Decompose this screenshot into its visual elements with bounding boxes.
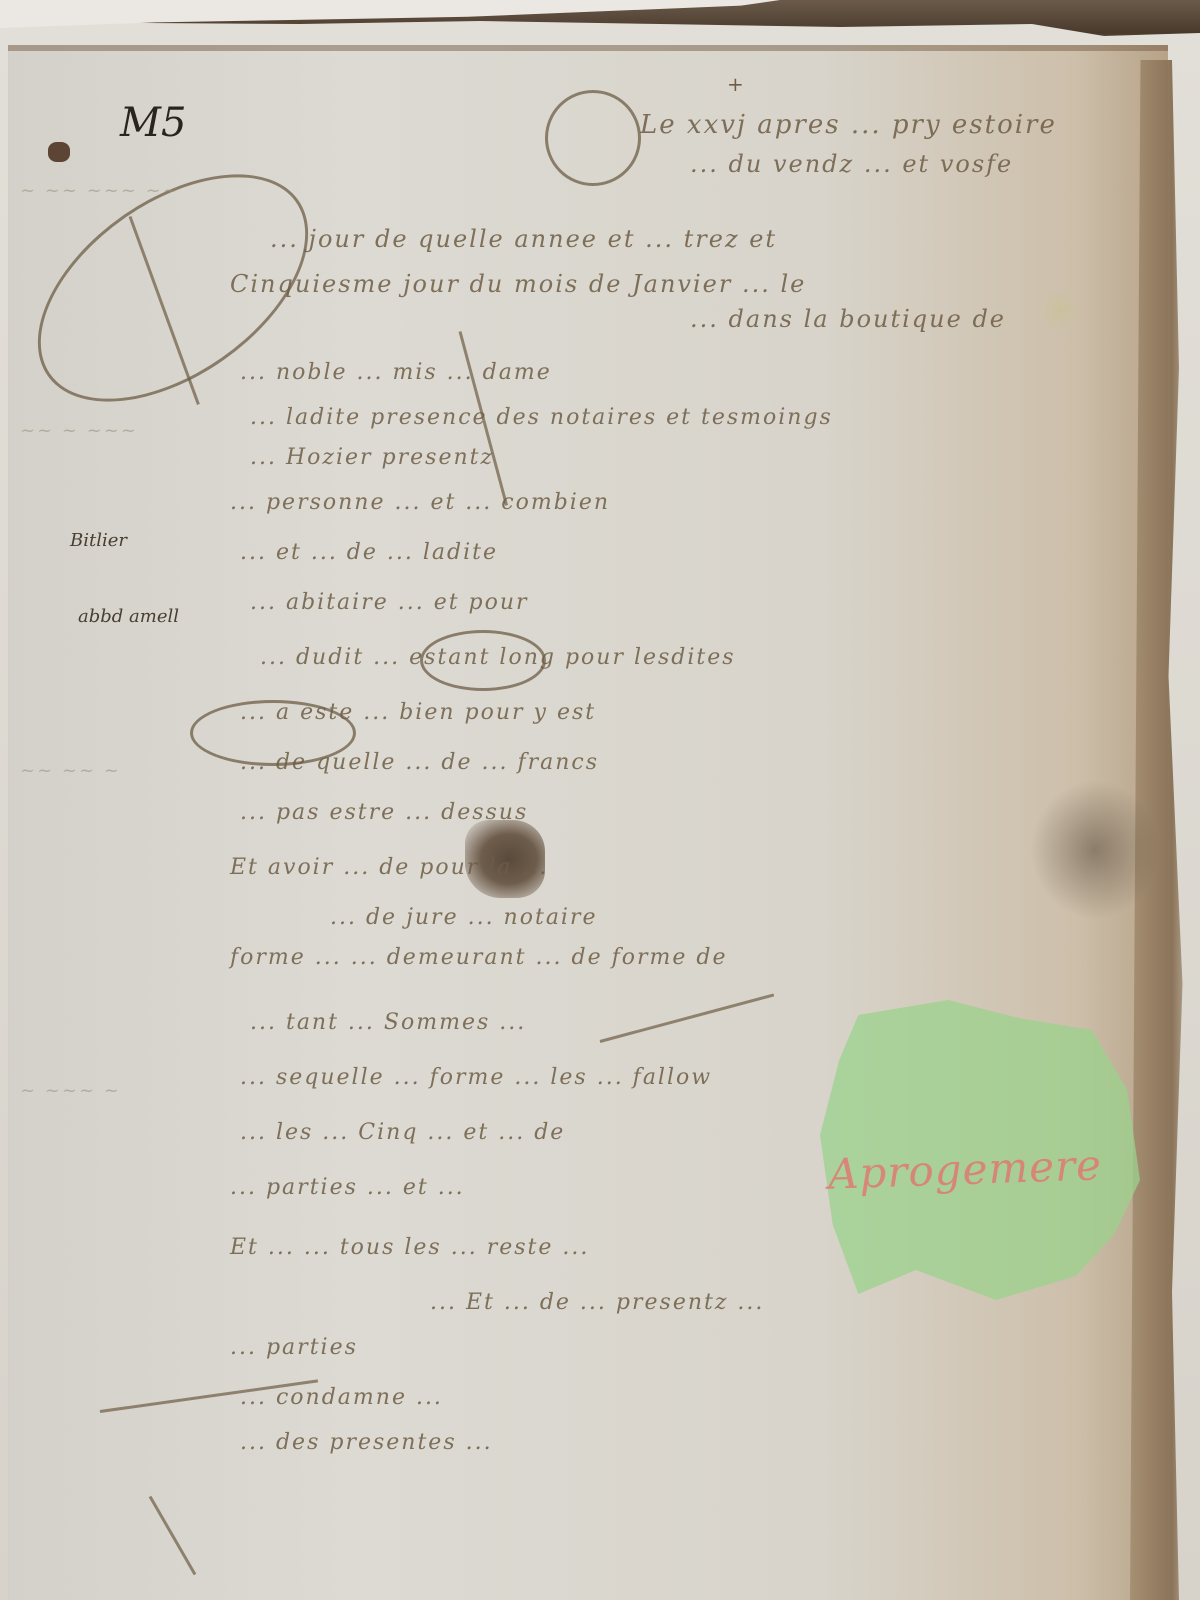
manuscript-line: ... parties ... et ... [230, 1175, 465, 1200]
manuscript-line: ... parties [230, 1335, 358, 1360]
manuscript-line: ... abitaire ... et pour [250, 590, 529, 615]
margin-note: abbd amell [78, 606, 179, 627]
manuscript-line: ... du vendz ... et vosfe [690, 150, 1013, 178]
manuscript-line: forme ... ... demeurant ... de forme de [230, 945, 727, 970]
manuscript-line: ... personne ... et ... combien [230, 490, 610, 515]
manuscript-line: ... dans la boutique de [690, 305, 1006, 333]
watermark-text: Aprogemere [827, 1140, 1102, 1199]
manuscript-line: ... et ... de ... ladite [240, 540, 498, 565]
ink-dot-icon [48, 142, 70, 162]
folio-number: M5 [120, 100, 186, 146]
manuscript-line: ... des presentes ... [240, 1430, 493, 1455]
manuscript-line: ... pas estre ... dessus [240, 800, 528, 825]
manuscript-line: ... sequelle ... forme ... les ... fallo… [240, 1065, 712, 1090]
manuscript-line: Et ... ... tous les ... reste ... [230, 1235, 589, 1260]
manuscript-line: ... a este ... bien pour y est [240, 700, 596, 725]
manuscript-line: ... ladite presence des notaires et tesm… [250, 405, 833, 430]
manuscript-line: ... de quelle ... de ... francs [240, 750, 599, 775]
manuscript-line: ... dudit ... estant long pour lesdites [260, 645, 736, 670]
bleed-through-text: ~ ~~ ~~~ ~~ [20, 180, 180, 201]
manuscript-line: ... tant ... Sommes ... [250, 1010, 526, 1035]
cross-mark-icon: + [727, 72, 744, 96]
manuscript-line: Le xxvj apres ... pry estoire [640, 110, 1057, 140]
manuscript-line: ... les ... Cinq ... et ... de [240, 1120, 565, 1145]
small-stain [1040, 290, 1080, 330]
water-stain [1030, 780, 1160, 920]
flourish-loop-top [545, 90, 641, 186]
manuscript-line: ... de jure ... notaire [330, 905, 598, 930]
margin-note: Bitlier [70, 530, 127, 551]
bleed-through-text: ~ ~~~ ~ [20, 1080, 121, 1101]
manuscript-line: ... Et ... de ... presentz ... [430, 1290, 764, 1315]
manuscript-line: ... Hozier presentz [250, 445, 494, 470]
manuscript-line: Cinquiesme jour du mois de Janvier ... l… [230, 270, 806, 298]
bleed-through-text: ~~ ~ ~~~ [20, 420, 138, 441]
manuscript-line: Et avoir ... de pour la ... [230, 855, 548, 880]
manuscript-line: ... noble ... mis ... dame [240, 360, 552, 385]
manuscript-line: ... jour de quelle annee et ... trez et [270, 225, 777, 253]
manuscript-line: ... condamne ... [240, 1385, 443, 1410]
bleed-through-text: ~~ ~~ ~ [20, 760, 121, 781]
